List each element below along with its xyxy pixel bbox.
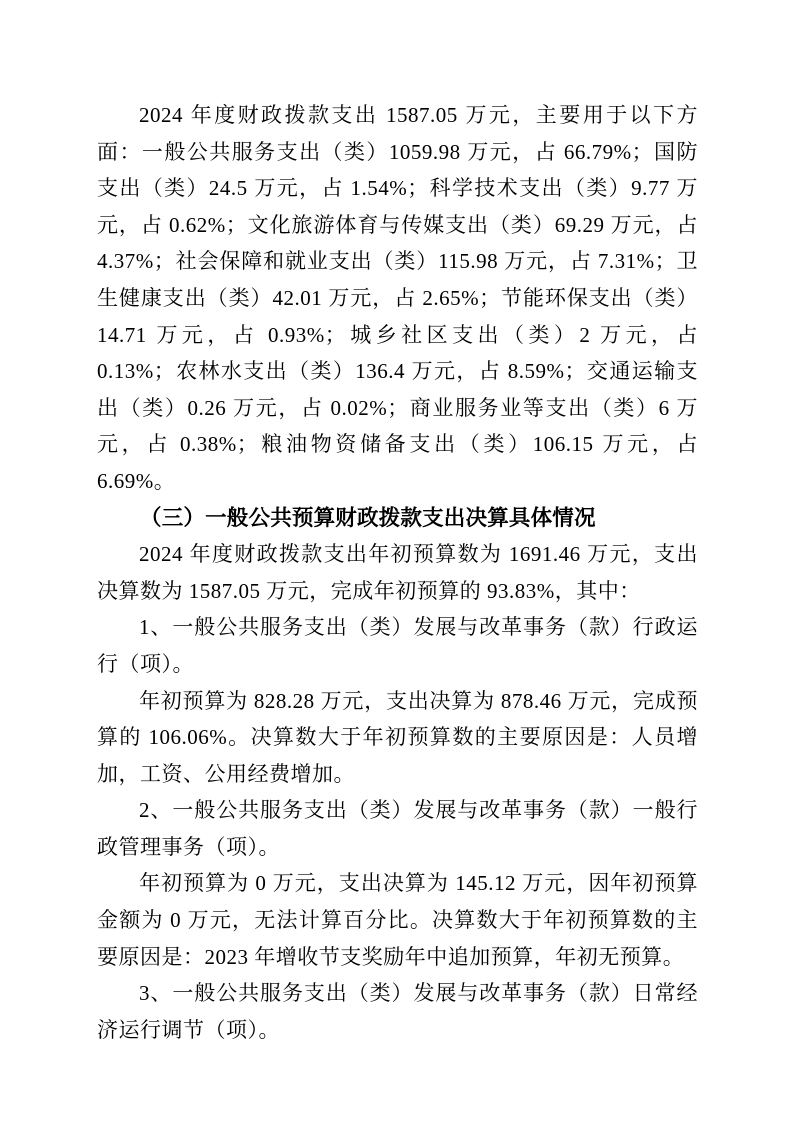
para-item-1-administrative-operation: 1、一般公共服务支出（类）发展与改革事务（款）行政运行（项）。 bbox=[97, 609, 698, 682]
para-item-2-detail: 年初预算为 0 万元，支出决算为 145.12 万元，因年初预算金额为 0 万元… bbox=[97, 865, 698, 975]
para-budget-vs-final-accounts: 2024 年度财政拨款支出年初预算数为 1691.46 万元，支出决算数为 15… bbox=[97, 536, 698, 609]
para-fiscal-expenditure-breakdown: 2024 年度财政拨款支出 1587.05 万元，主要用于以下方面：一般公共服务… bbox=[97, 97, 698, 500]
document-page: 2024 年度财政拨款支出 1587.05 万元，主要用于以下方面：一般公共服务… bbox=[0, 0, 793, 1122]
para-item-1-detail: 年初预算为 828.28 万元，支出决算为 878.46 万元，完成预算的 10… bbox=[97, 683, 698, 793]
para-item-3-daily-economic-regulation: 3、一般公共服务支出（类）发展与改革事务（款）日常经济运行调节（项）。 bbox=[97, 975, 698, 1048]
section-heading-general-budget-expenditure-details: （三）一般公共预算财政拨款支出决算具体情况 bbox=[97, 500, 698, 537]
document-body: 2024 年度财政拨款支出 1587.05 万元，主要用于以下方面：一般公共服务… bbox=[97, 97, 698, 1048]
para-item-2-general-administrative-affairs: 2、一般公共服务支出（类）发展与改革事务（款）一般行政管理事务（项）。 bbox=[97, 792, 698, 865]
